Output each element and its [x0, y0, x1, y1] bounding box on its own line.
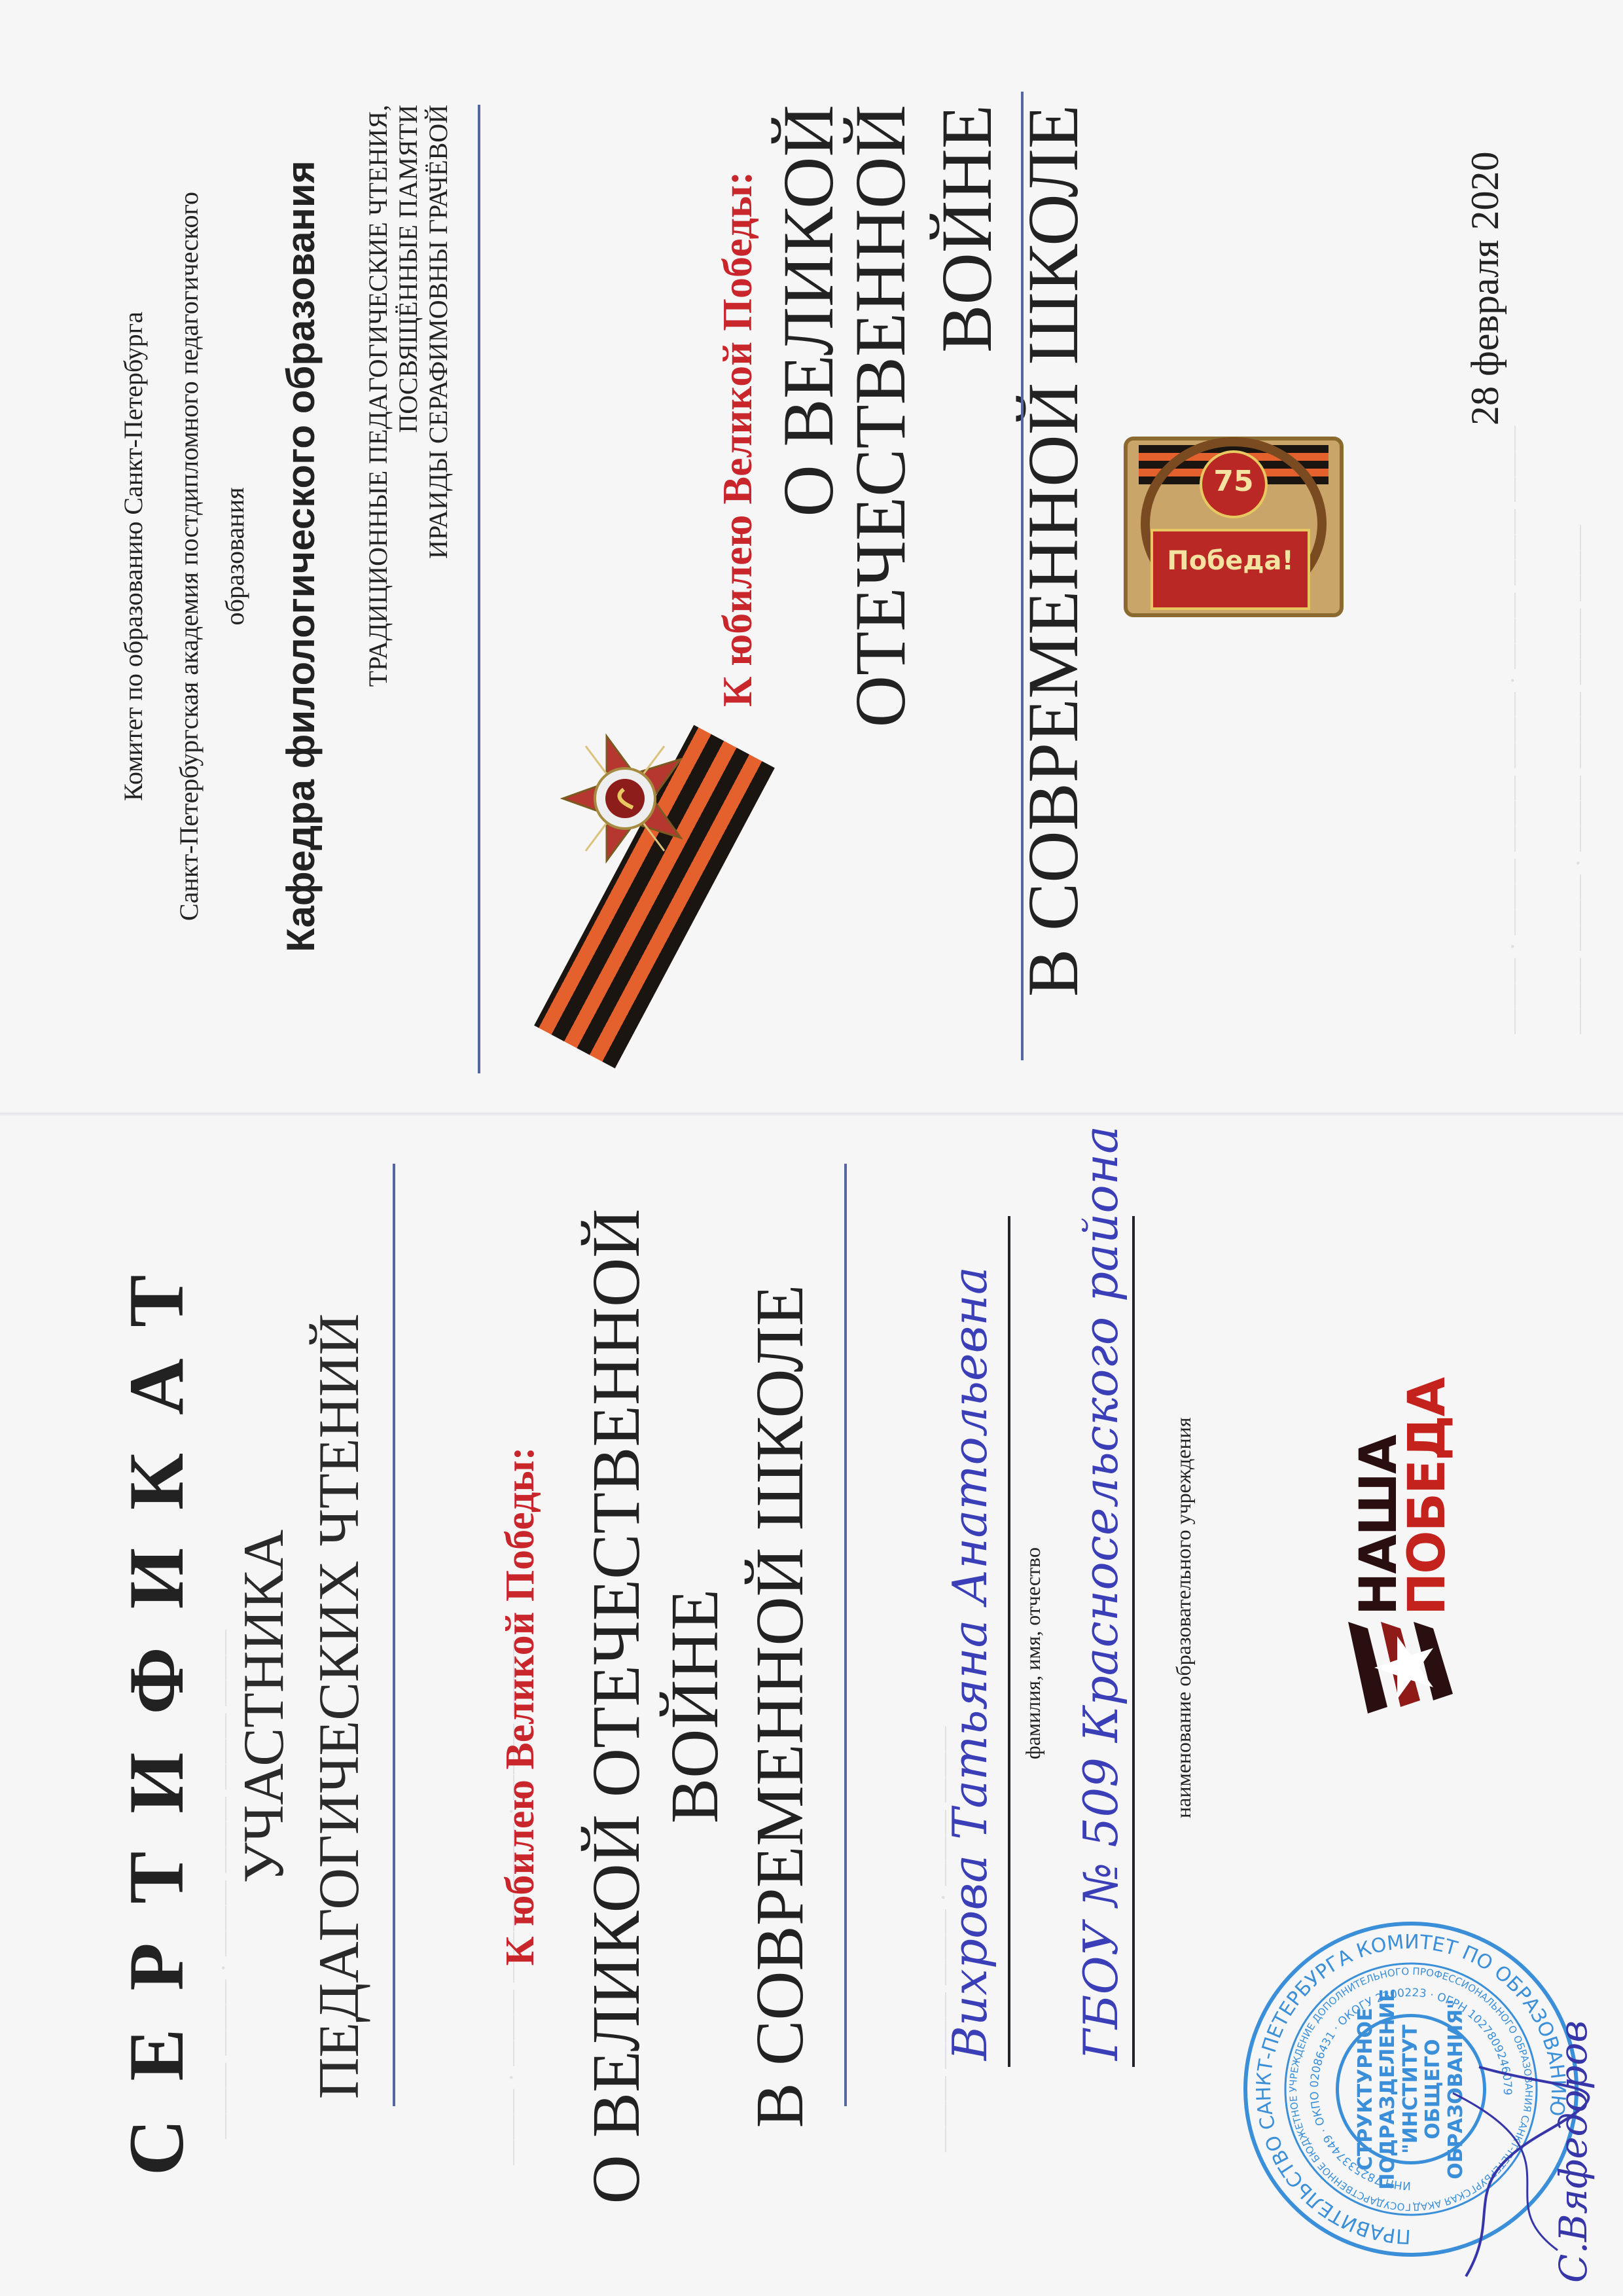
institution-underline	[1132, 1216, 1135, 2067]
star-icon	[1342, 1615, 1472, 1720]
divider-rule	[393, 1164, 395, 2106]
certificate-title: СЕРТИФИКАТ	[111, 1117, 202, 2296]
logo-wordmark: НАША ПОБЕДА	[1355, 1378, 1452, 1615]
department-name: Кафедра филологического образования	[278, 0, 323, 1113]
cover-topic-line: ВОЙНЕ	[931, 105, 1003, 1047]
bleed-through-text: ——— ——— · ——— ——— ——— ———	[1564, 524, 1593, 1034]
participant-caption: фамилия, имя, отчество	[1021, 1547, 1045, 1759]
certificate-subtitle: ПЕДАГОГИЧЕСКИХ ЧТЕНИЙ	[311, 1117, 368, 2296]
readings-title: ТРАДИЦИОННЫЕ ПЕДАГОГИЧЕСКИЕ ЧТЕНИЯ, ПОСВ…	[363, 105, 454, 916]
institution-field[interactable]: ГБОУ № 509 Красносельского района	[1073, 1126, 1128, 2060]
bleed-through-text: ——— · ——— ——— ——— · ——— ——— ———	[1499, 425, 1527, 1034]
cover-panel: ——— · ——— ——— ——— · ——— ——— ——— ——— ——— …	[0, 0, 1623, 1113]
name-underline	[1008, 1216, 1010, 2067]
readings-line: ПОСВЯЩЁННЫЕ ПАМЯТИ	[393, 105, 423, 916]
readings-line: ТРАДИЦИОННЫЕ ПЕДАГОГИЧЕСКИЕ ЧТЕНИЯ,	[363, 105, 393, 916]
order-of-patriotic-war-icon	[560, 733, 690, 864]
divider-rule	[478, 105, 480, 1073]
cover-topic: О ВЕЛИКОЙ ОТЕЧЕСТВЕННОЙ ВОЙНЕ В СОВРЕМЕН…	[772, 105, 1089, 1047]
topic-line: В СОВРЕМЕННОЙ ШКОЛЕ	[746, 1117, 814, 2296]
signature: С.Вяфедоров	[1427, 2054, 1597, 2289]
nasha-pobeda-logo: НАША ПОБЕДА	[1315, 1498, 1472, 1720]
certificate-panel: ——— ——— · ——— ——— ——— ——— ——— · ——— ——— …	[0, 1117, 1623, 2296]
svg-text:75: 75	[1213, 465, 1253, 498]
academy-name-cont: образования	[219, 0, 250, 1113]
certificate-subtitle: УЧАСТНИКА	[236, 1117, 293, 2296]
cover-topic-line: О ВЕЛИКОЙ ОТЕЧЕСТВЕННОЙ	[772, 105, 916, 1047]
academy-name: Санкт-Петербургская академия постдипломн…	[173, 0, 204, 1113]
participant-name-field[interactable]: Вихрова Татьяна Анатольевна	[942, 1266, 997, 2060]
cover-topic-line: В СОВРЕМЕННОЙ ШКОЛЕ	[1017, 105, 1089, 1047]
topic-line: ВОЙНЕ	[661, 1117, 729, 2296]
divider-rule	[844, 1164, 847, 2106]
victory-75-badge: 75 Победа!	[1113, 419, 1355, 635]
svg-text:Победа!: Победа!	[1167, 546, 1294, 576]
topic-line: О ВЕЛИКОЙ ОТЕЧЕСТВЕННОЙ	[582, 1117, 651, 2296]
divider-rule	[1021, 92, 1024, 1060]
cover-jubilee-heading: К юбилею Великой Победы:	[713, 171, 762, 707]
committee-name: Комитет по образованию Санкт-Петербурга	[118, 0, 149, 1113]
institution-caption: наименование образовательного учреждения	[1171, 1418, 1196, 1818]
jubilee-heading: К юбилею Великой Победы:	[497, 1117, 544, 2296]
readings-line: ИРАИДЫ СЕРАФИМОВНЫ ГРАЧЁВОЙ	[423, 105, 454, 916]
event-date: 28 февраля 2020	[1463, 151, 1508, 425]
